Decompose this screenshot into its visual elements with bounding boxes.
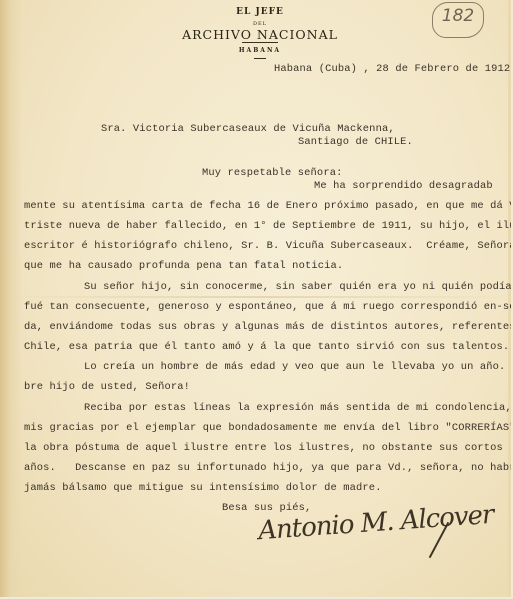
letterhead-rule [242, 42, 278, 43]
body-line: escritor é historiógrafo chileno, Sr. B.… [24, 240, 511, 252]
recipient-name: Sra. Victoria Subercaseaux de Vicuña Mac… [101, 123, 395, 135]
body-line: bre hijo de usted, Señora! [24, 381, 190, 393]
body-line: mis gracias por el ejemplar que bondados… [24, 422, 511, 434]
body-line: años. Descanse en paz su infortunado hij… [24, 462, 511, 474]
body-line: Su señor hijo, sin conocerme, sin saber … [84, 281, 511, 293]
salutation: Muy respetable señora: [202, 167, 342, 179]
body-line: Me ha sorprendido desagradab [314, 180, 493, 192]
body-line: Lo creía un hombre de más edad y veo que… [84, 361, 511, 373]
archive-number-stamp: 182 [432, 2, 484, 38]
body-line: fué tan consecuente, generoso y espontán… [24, 301, 511, 313]
body-line: triste nueva de haber fallecido, en 1° d… [24, 220, 511, 232]
body-line: da, enviándome todas sus obras y algunas… [24, 321, 511, 333]
closing: Besa sus piés, [222, 502, 311, 514]
body-line: la obra póstuma de aquel ilustre entre l… [24, 442, 503, 454]
recipient-location: Santiago de CHILE. [298, 136, 413, 148]
body-line: que me ha causado profunda pena tan fata… [24, 260, 343, 272]
paper-fold [0, 296, 511, 298]
letterhead-title: EL JEFE [150, 7, 370, 17]
letterhead-city: HABANA [150, 47, 370, 54]
body-line: Chile, esa patria que él tanto amó y á l… [24, 341, 509, 353]
page-right-edge [508, 0, 511, 597]
letterhead-rule-small [254, 58, 266, 59]
letter-page: EL JEFE DEL ARCHIVO NACIONAL HABANA 182 … [0, 0, 511, 597]
body-line: jamás bálsamo que mitigue su intensísimo… [24, 482, 382, 494]
place-date: Habana (Cuba) , 28 de Febrero de 1912. [274, 63, 511, 75]
letterhead-institution: ARCHIVO NACIONAL [150, 27, 370, 42]
body-line: mente su atentísima carta de fecha 16 de… [24, 200, 511, 212]
body-line: Reciba por estas líneas la expresión más… [84, 402, 511, 414]
page-edge-shadow [0, 0, 22, 597]
